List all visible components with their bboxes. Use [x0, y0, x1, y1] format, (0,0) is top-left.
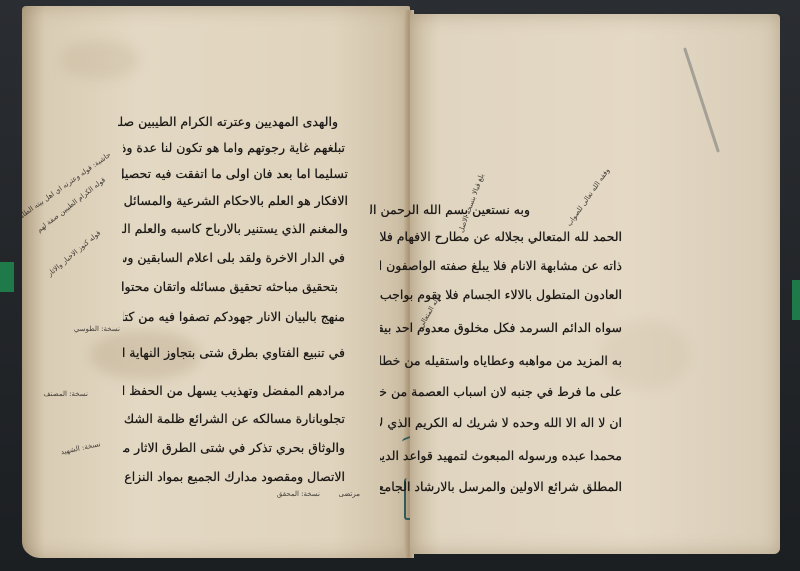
text-line: سواه الدائم السرمد فكل مخلوق معدوم احد ب…	[380, 320, 622, 335]
text-line: في الدار الاخرة ولقد بلى اعلام السابقين …	[123, 250, 345, 265]
text-line: في تنبيع الفتاوي بطرق شتى بتجاوز النهاية…	[123, 345, 345, 360]
text-line: تسليما اما بعد فان اولى ما اتفقت فيه تحص…	[122, 166, 348, 181]
text-line: بتحقيق مباحثه تحقيق مسائله واتقان محتواي…	[122, 279, 338, 294]
text-line: تجلوبانارة مسالكه عن الشرائع ظلمة الشك ب…	[123, 411, 345, 426]
text-line-tail: تسليما اما بعد فان اولى ما اتفقت فيه تحص…	[122, 166, 348, 181]
text-line: الافكار هو العلم بالاحكام الشرعية والمسا…	[122, 193, 348, 208]
text-line: على ما فرط في جنبه لان اسباب العصمة من خ…	[380, 384, 622, 399]
text-line: منهج بالبيان الانار جهودكم تصفوا فيه من …	[123, 309, 345, 324]
text-line: والهدى المهديين وعترته الكرام الطيبين صل…	[118, 114, 338, 129]
green-cloth-left	[0, 262, 14, 292]
text-line: العادون المتطول بالالاء الجسام فلا يقوم …	[380, 287, 622, 302]
text-line: تبلغهم غاية رجوتهم واما هو تكون لنا عدة …	[123, 140, 345, 155]
margin-note: مرتضى	[339, 490, 360, 498]
text-line: محمدا عبده ورسوله المبعوث لتمهيد قواعد ا…	[380, 448, 622, 463]
text-line: ان لا اله الا الله وحده لا شريك له الكري…	[380, 415, 622, 430]
text-line: والوثاق بحري تذكر في شتى الطرق الاثار مه…	[123, 440, 345, 455]
margin-note: نسخة: المحقق	[277, 490, 320, 498]
text-line: مرادهم المفضل وتهذيب يسهل من الحفظ الفقي…	[123, 383, 345, 398]
water-stain	[60, 40, 140, 80]
basmala-heading: وبه نستعين بسم الله الرحمن الرحيم	[370, 202, 530, 217]
text-line: المطلق شرائع الاولين والمرسل بالارشاد ال…	[380, 479, 622, 494]
margin-note: نسخة: الطوسي	[74, 325, 120, 333]
text-line: الاتصال ومقصود مدارك الجميع بمواد النزاع…	[123, 469, 345, 484]
text-line: به المزيد من مواهبه وعطاياه واستقيله من …	[380, 353, 622, 368]
text-line: ذاته عن مشابهة الانام فلا يبلغ صفته الوا…	[380, 258, 622, 273]
text-line: الحمد لله المتعالي بجلاله عن مطارح الافه…	[380, 229, 622, 244]
green-cloth-right	[792, 280, 800, 320]
text-line: والمغنم الذي يستنير بالارباح كاسبه والعل…	[122, 221, 348, 236]
right-page	[410, 14, 780, 554]
margin-note: نسخة: المصنف	[43, 390, 88, 398]
